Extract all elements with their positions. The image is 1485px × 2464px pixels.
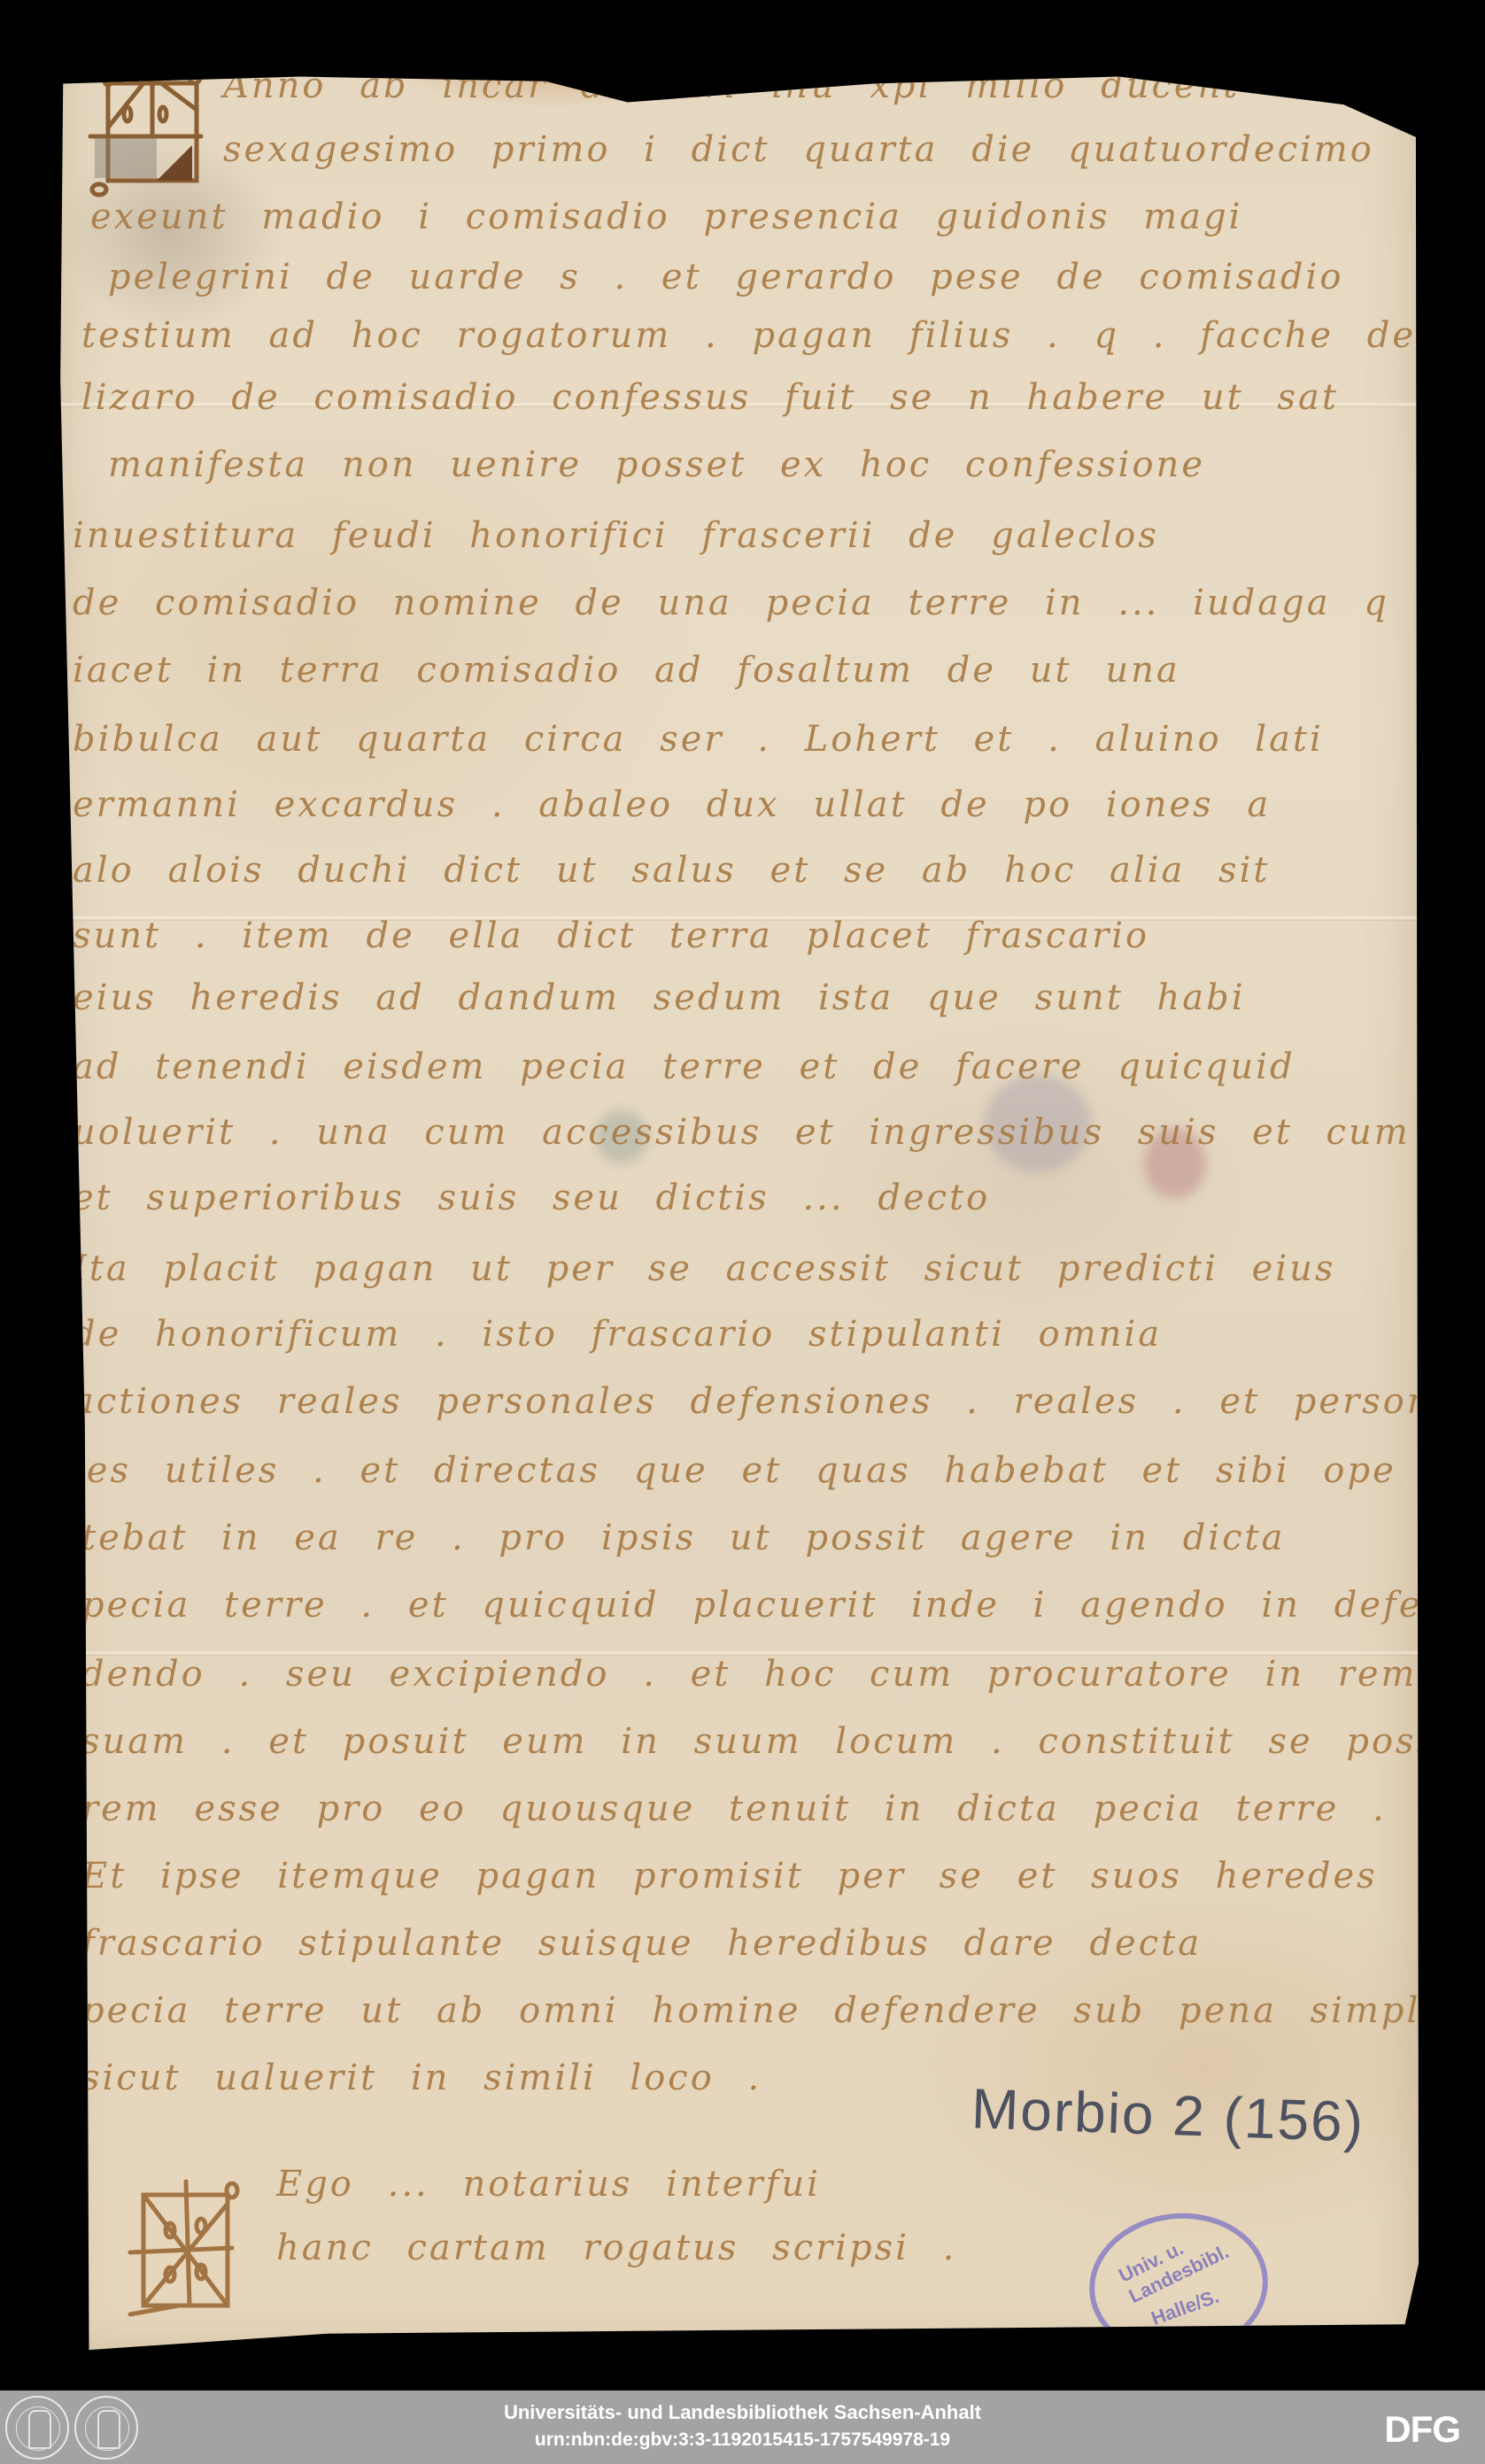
text-line: inuestitura feudi honorifici frascerii d…	[73, 515, 1159, 556]
text-line: pecia terre . et quicquid placuerit inde…	[81, 1585, 1448, 1626]
text-line: ermanni excardus . abaleo dux ullat de p…	[73, 784, 1271, 825]
text-line: sunt . item de ella dict terra placet fr…	[73, 915, 1149, 956]
text-line: tebat in ea re . pro ipsis ut possit age…	[81, 1518, 1285, 1558]
text-line: rem esse pro eo quousque tenuit in dicta…	[81, 1788, 1387, 1829]
text-line: hanc cartam rogatus scripsi .	[276, 2228, 956, 2268]
text-line: pecia terre ut ab omni homine defendere …	[81, 1990, 1485, 2031]
notarial-sign-top-icon	[73, 48, 205, 198]
text-line: et superioribus suis seu dictis ... dect…	[73, 1178, 990, 1218]
text-line: frascario stipulante suisque heredibus d…	[81, 1923, 1202, 1964]
footer-bar: Universitäts- und Landesbibliothek Sachs…	[0, 2391, 1485, 2464]
urn-identifier: urn:nbn:de:gbv:3:3-1192015415-1757549978…	[0, 2429, 1485, 2451]
text-line: sicut ualuerit in simili loco .	[81, 2058, 762, 2098]
notarial-sign-bottom-icon	[126, 2173, 250, 2323]
document-viewer: 156 Anno ab incar dni nri ihu xpi millo …	[0, 0, 1485, 2391]
text-line: Ita placit pagan ut per se accessit sicu…	[73, 1248, 1335, 1289]
text-line: exeunt madio i comisadio presencia guido…	[90, 197, 1242, 237]
text-line: dendo . seu excipiendo . et hoc cum proc…	[81, 1654, 1417, 1695]
text-line: ad tenendi eisdem pecia terre et de face…	[73, 1047, 1296, 1087]
text-line: Ego ... notarius interfui	[276, 2164, 821, 2205]
text-line: Et ipse itemque pagan promisit per se et…	[81, 1856, 1378, 1896]
stamp-text: Univ. u. Landesbibl.	[1115, 2205, 1263, 2308]
institution-name: Universitäts- und Landesbibliothek Sachs…	[0, 2401, 1485, 2424]
shelfmark-note: Morbio 2 (156)	[971, 2075, 1365, 2154]
text-line: bibulca aut quarta circa ser . Lohert et…	[73, 719, 1324, 760]
folio-strike	[1206, 67, 1357, 81]
library-stamp: Univ. u. Landesbibl. Halle/S.	[1082, 2205, 1275, 2366]
text-line: iacet in terra comisadio ad fosaltum de …	[73, 650, 1180, 691]
text-line: actiones reales personales defensiones .…	[73, 1381, 1456, 1422]
text-line: de honorificum . isto frascario stipulan…	[73, 1314, 1162, 1355]
text-line: testium ad hoc rogatorum . pagan filius …	[81, 315, 1485, 356]
folio-number: 156	[1224, 48, 1305, 97]
text-line: lizaro de comisadio confessus fuit se n …	[81, 377, 1339, 418]
text-line: pelegrini de uarde s . et gerardo pese d…	[108, 257, 1343, 297]
text-line: eius heredis ad dandum sedum ista que su…	[73, 977, 1246, 1018]
text-line: de comisadio nomine de una pecia terre i…	[73, 583, 1389, 623]
text-line: uoluerit . una cum accessibus et ingress…	[73, 1112, 1411, 1153]
text-line: Anno ab incar dni nri ihu xpi millo duce…	[223, 66, 1240, 106]
dfg-logo-icon: DFG	[1384, 2408, 1460, 2451]
text-line: les utiles . et directas que et quas hab…	[73, 1450, 1396, 1491]
text-line: sexagesimo primo i dict quarta die quatu…	[223, 129, 1374, 170]
parchment-document: 156 Anno ab incar dni nri ihu xpi millo …	[55, 30, 1419, 2357]
text-line: manifesta non uenire posset ex hoc confe…	[108, 444, 1205, 485]
text-line: alo alois duchi dict ut salus et se ab h…	[73, 850, 1270, 891]
text-line: suam . et posuit eum in suum locum . con…	[81, 1721, 1485, 1762]
